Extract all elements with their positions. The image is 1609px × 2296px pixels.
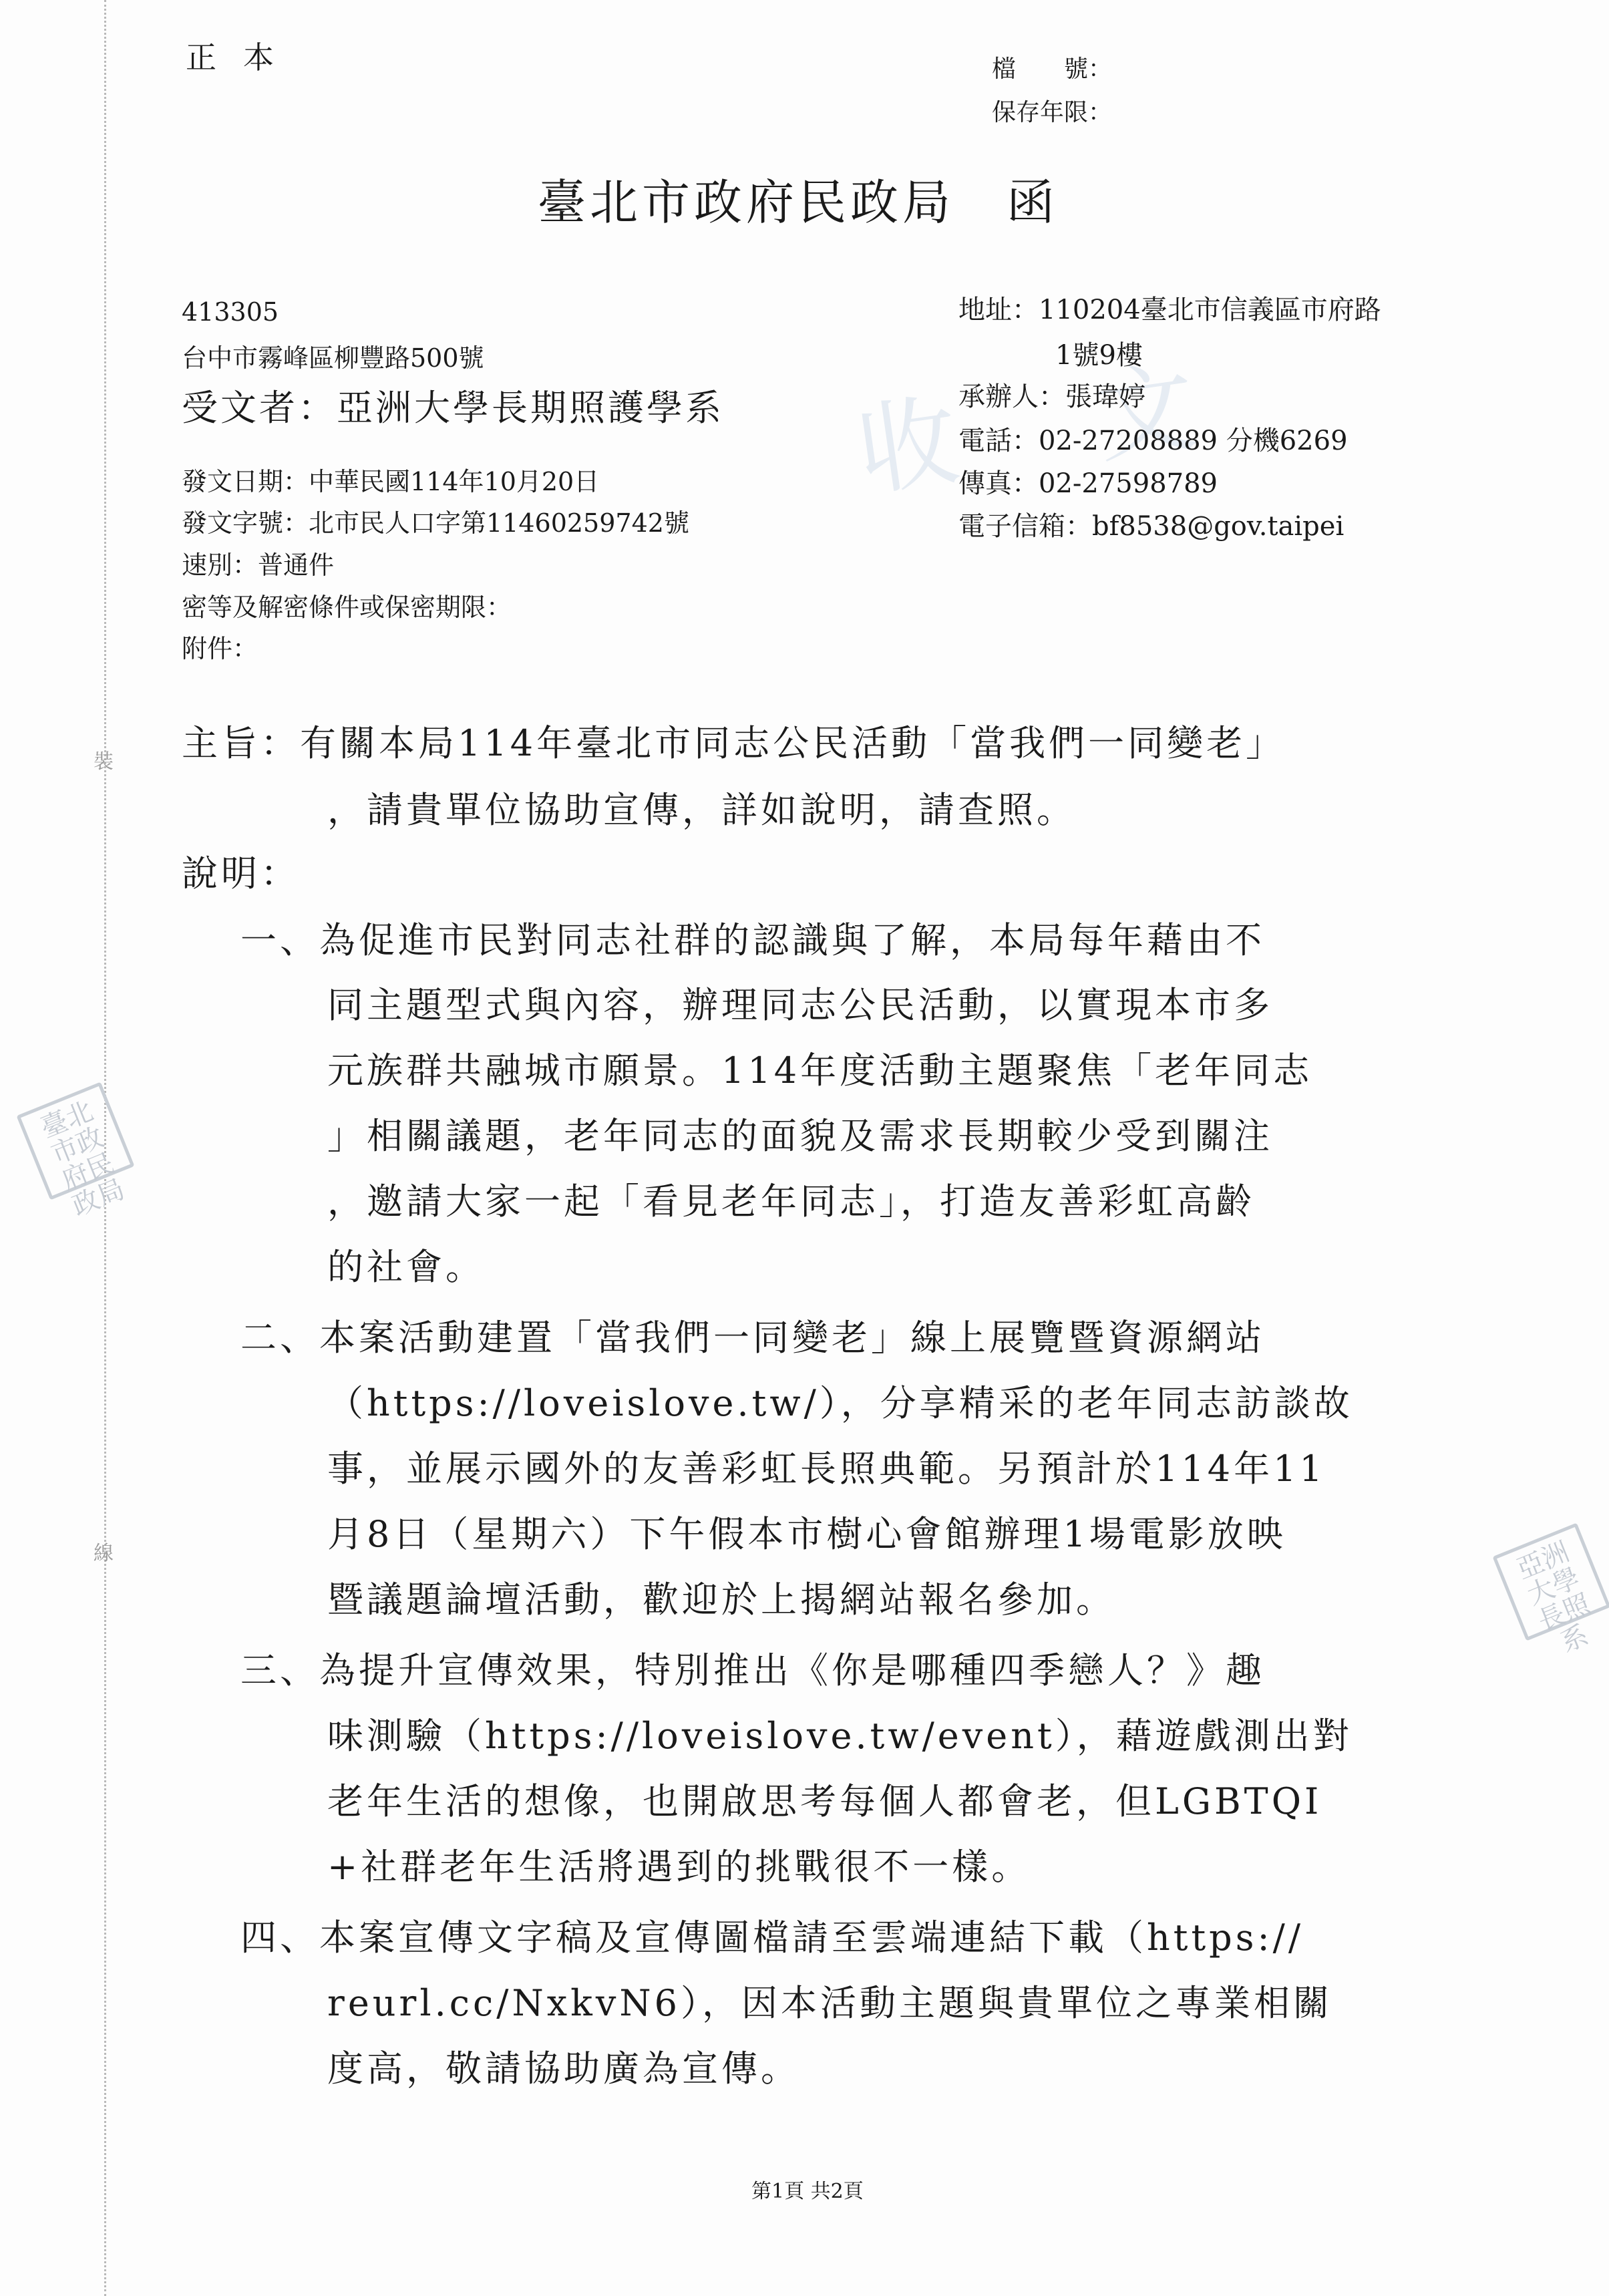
item-1-line-3: 元族群共融城市願景。114年度活動主題聚焦「老年同志 bbox=[327, 1042, 1312, 1094]
contact-phone: 電話：02-27208889 分機6269 bbox=[958, 420, 1348, 458]
retention-period-label: 保存年限： bbox=[992, 94, 1112, 128]
classification: 密等及解密條件或保密期限： bbox=[182, 587, 512, 623]
item-3-line-4: +社群老年生活將遇到的挑戰很不一樣。 bbox=[327, 1838, 1031, 1890]
file-number-label: 檔 號： bbox=[992, 50, 1112, 84]
explanation-heading: 說明： bbox=[182, 845, 300, 896]
subject-line-2: ，請貴單位協助宣傳，詳如說明，請查照。 bbox=[327, 782, 1076, 833]
binding-char-bottom: 線 bbox=[94, 1536, 114, 1566]
postal-code: 413305 bbox=[182, 297, 279, 327]
item-4-line-2: reurl.cc/NxkvN6），因本活動主題與貴單位之專業相關 bbox=[327, 1975, 1332, 2026]
item-3-line-2: 味測驗（https://loveislove.tw/event），藉遊戲測出對 bbox=[327, 1707, 1353, 1759]
contact-email: 電子信箱：bf8538@gov.taipei bbox=[958, 505, 1344, 543]
item-1-line-1: 一、為促進市民對同志社群的認識與了解，本局每年藉由不 bbox=[240, 912, 1265, 963]
attachment: 附件： bbox=[182, 628, 258, 665]
binding-char-top: 裝 bbox=[94, 745, 114, 774]
copy-label: 正本 bbox=[186, 33, 301, 77]
item-1-line-2: 同主題型式與內容，辦理同志公民活動，以實現本市多 bbox=[327, 977, 1273, 1028]
item-2-line-2: （https://loveislove.tw/），分享精采的老年同志訪談故 bbox=[327, 1375, 1353, 1426]
item-3-line-1: 三、為提升宣傳效果，特別推出《你是哪種四季戀人？》趣 bbox=[240, 1642, 1265, 1693]
contact-fax: 傳真：02-27598789 bbox=[958, 462, 1218, 500]
page-number: 第1頁 共2頁 bbox=[751, 2174, 864, 2204]
item-1-line-6: 的社會。 bbox=[327, 1239, 485, 1290]
document-title: 臺北市政府民政局 函 bbox=[538, 164, 1059, 233]
item-1-line-4: 」相關議題，老年同志的面貌及需求長期較少受到關注 bbox=[327, 1108, 1273, 1159]
sender-address-line2: 1號9樓 bbox=[1055, 334, 1143, 372]
item-3-line-3: 老年生活的想像，也開啟思考每個人都會老，但LGBTQI bbox=[327, 1773, 1322, 1824]
item-2-line-1: 二、本案活動建置「當我們一同變老」線上展覽暨資源網站 bbox=[240, 1309, 1265, 1361]
item-2-line-5: 暨議題論壇活動，歡迎於上揭網站報名參加。 bbox=[327, 1571, 1115, 1623]
delivery-speed: 速別：普通件 bbox=[182, 544, 334, 581]
left-seal-stamp: 臺北市政府民政局 bbox=[16, 1082, 134, 1200]
item-1-line-5: ，邀請大家一起「看見老年同志」，打造友善彩虹高齡 bbox=[327, 1173, 1255, 1224]
sender-address-line1: 地址：110204臺北市信義區市府路 bbox=[958, 289, 1381, 327]
item-2-line-3: 事，並展示國外的友善彩虹長照典範。另預計於114年11 bbox=[327, 1440, 1326, 1492]
right-seal-stamp: 亞洲大學長照系 bbox=[1492, 1522, 1609, 1641]
item-4-line-3: 度高，敬請協助廣為宣傳。 bbox=[327, 2040, 800, 2092]
issue-date: 發文日期：中華民國114年10月20日 bbox=[182, 461, 599, 498]
subject-line-1: 主旨：有關本局114年臺北市同志公民活動「當我們一同變老」 bbox=[182, 715, 1285, 766]
item-4-line-1: 四、本案宣傳文字稿及宣傳圖檔請至雲端連結下載（https:// bbox=[240, 1909, 1304, 1961]
document-number: 發文字號：北市民人口字第11460259742號 bbox=[182, 502, 689, 539]
contact-person: 承辦人：張瑋婷 bbox=[958, 375, 1145, 414]
recipient-address: 台中市霧峰區柳豐路500號 bbox=[182, 337, 484, 374]
item-2-line-4: 月8日（星期六）下午假本市樹心會館辦理1場電影放映 bbox=[327, 1506, 1286, 1557]
recipient: 受文者：亞洲大學長期照護學系 bbox=[182, 379, 724, 431]
